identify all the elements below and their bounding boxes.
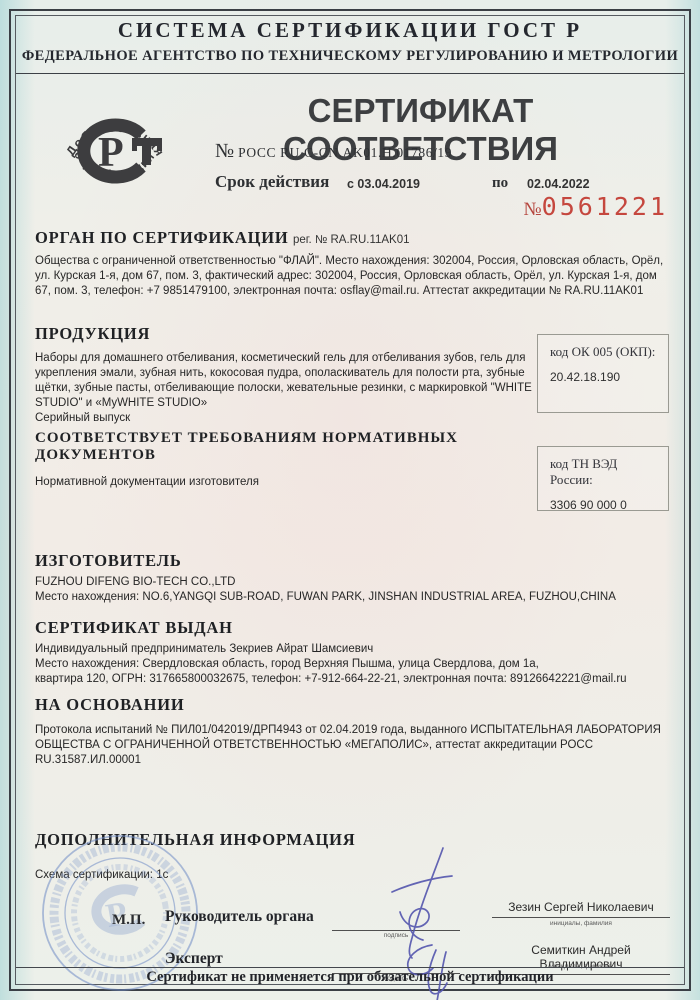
manufacturer-heading: ИЗГОТОВИТЕЛЬ [35,551,671,571]
mp-label: М.П. [112,912,145,929]
basis-heading: НА ОСНОВАНИИ [35,695,673,715]
agency-title: ФЕДЕРАЛЬНОЕ АГЕНТСТВО ПО ТЕХНИЧЕСКОМУ РЕ… [0,48,700,65]
issued-to-line1: Индивидуальный предприниматель Зекриев А… [35,642,671,657]
okp-code-value: 20.42.18.190 [550,370,658,384]
okp-code-label: код ОК 005 (ОКП): [550,344,658,360]
validity-to-prefix: по [492,175,508,192]
bottom-divider [16,967,684,968]
section-manufacturer: ИЗГОТОВИТЕЛЬ FUZHOU DIFENG BIO-TECH CO.,… [35,551,671,605]
rst-logo-icon: Добровольная сертификация Р [52,86,178,212]
section-conformity: СООТВЕТСТВУЕТ ТРЕБОВАНИЯМ НОРМАТИВНЫХ ДО… [35,430,533,490]
head-name-caption: инициалы, фамилия [492,920,670,927]
product-heading: ПРОДУКЦИЯ [35,324,533,344]
section-product: ПРОДУКЦИЯ Наборы для домашнего отбеливан… [35,324,533,426]
section-certification-body: ОРГАН ПО СЕРТИФИКАЦИИ рег. № RA.RU.11AK0… [35,228,667,299]
certification-body-text: Общества с ограниченной ответственностью… [35,254,667,299]
blank-number-digits: 0561221 [542,192,668,221]
system-title: СИСТЕМА СЕРТИФИКАЦИИ ГОСТ Р [0,18,700,43]
certification-body-reg: рег. № RA.RU.11AK01 [293,234,410,246]
okp-code-box: код ОК 005 (ОКП): 20.42.18.190 [537,334,669,413]
manufacturer-address: Место нахождения: NO.6,YANGQI SUB-ROAD, … [35,590,671,605]
certificate-page: СИСТЕМА СЕРТИФИКАЦИИ ГОСТ Р ФЕДЕРАЛЬНОЕ … [0,0,700,1000]
head-of-body-label: Руководитель органа [165,908,314,926]
head-name: Зезин Сергей Николаевич [492,900,670,918]
blank-number: №0561221 [438,192,668,221]
certificate-number-row: № РОСС RU C-CN.AK01.H.01786/19 [215,140,452,163]
issued-to-line3: квартира 120, ОГРН: 317665800032675, тел… [35,672,671,687]
certification-body-heading: ОРГАН ПО СЕРТИФИКАЦИИ [35,228,289,247]
tnved-code-box: код ТН ВЭД России: 3306 90 000 0 [537,446,669,511]
tnved-code-value: 3306 90 000 0 [550,498,658,512]
validity-to-date: 02.04.2022 [527,177,590,191]
basis-text: Протокола испытаний № ПИЛ01/042019/ДРП49… [35,723,673,768]
validity-label: Срок действия [215,172,329,192]
conformity-text: Нормативной документации изготовителя [35,475,533,490]
header-divider [16,73,684,74]
head-signature-line [332,912,460,931]
svg-text:Р: Р [98,130,124,176]
number-sign: № [215,140,234,162]
blank-number-sign: № [524,199,542,220]
product-serial: Серийный выпуск [35,411,533,426]
tnved-code-label: код ТН ВЭД России: [550,456,658,488]
issued-to-line2: Место нахождения: Свердловская область, … [35,657,671,672]
bottom-note: Сертификат не применяется при обязательн… [0,969,700,986]
expert-label: Эксперт [165,950,223,968]
conformity-heading: СООТВЕТСТВУЕТ ТРЕБОВАНИЯМ НОРМАТИВНЫХ ДО… [35,430,533,464]
manufacturer-name: FUZHOU DIFENG BIO-TECH CO.,LTD [35,575,671,590]
section-basis: НА ОСНОВАНИИ Протокола испытаний № ПИЛ01… [35,695,673,768]
validity-from: с 03.04.2019 [347,177,420,191]
section-issued-to: СЕРТИФИКАТ ВЫДАН Индивидуальный предприн… [35,618,671,687]
product-text: Наборы для домашнего отбеливания, космет… [35,351,533,411]
head-signature-caption: подпись [332,932,460,939]
certificate-number: РОСС RU C-CN.AK01.H.01786/19 [238,145,452,160]
issued-to-heading: СЕРТИФИКАТ ВЫДАН [35,618,671,638]
